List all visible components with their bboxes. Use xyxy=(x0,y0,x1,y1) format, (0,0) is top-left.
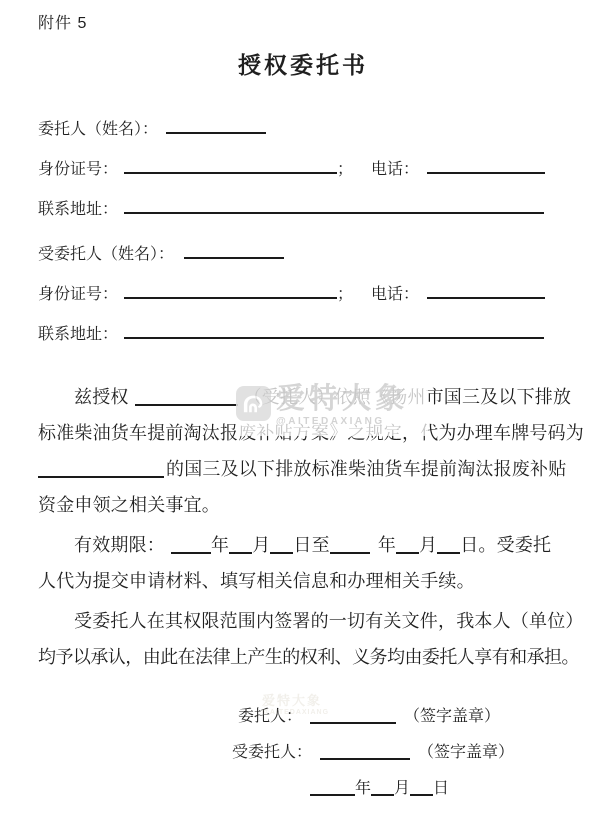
principal-section: 委托人（姓名）： 身份证号：；电话： 联系地址： xyxy=(38,110,568,230)
plate-number-blank xyxy=(38,464,164,478)
seal-note: （签字盖章） xyxy=(404,708,500,725)
date-day-text: 日 xyxy=(433,780,449,797)
separator: ； xyxy=(337,286,353,303)
seal-note: （签字盖章） xyxy=(418,744,514,761)
agent-name-label: 受委托人（姓名）： xyxy=(38,246,174,263)
agent-address-label: 联系地址： xyxy=(38,326,118,343)
agent-id-label: 身份证号： xyxy=(38,286,118,303)
principal-name-label: 委托人（姓名）： xyxy=(38,121,158,138)
date-month-blank xyxy=(371,782,394,796)
agent-name-blank xyxy=(184,245,284,259)
authorization-prefix: 兹授权 xyxy=(74,387,129,407)
principal-address-line: 联系地址： xyxy=(38,190,568,230)
date-year-text: 年 xyxy=(355,780,371,797)
principal-address-blank xyxy=(124,200,544,214)
month-text: 月 xyxy=(252,535,270,555)
year-text: 年 xyxy=(378,535,396,555)
validity-paragraph: 有效期限：年月日至年月日。受委托 人代为提交申请材料、填写相关信息和办理相关手续… xyxy=(38,527,568,599)
agent-signature-label: 受委托人： xyxy=(232,744,312,761)
authorization-line1: （受托人）依照《扬州市国三及以下排放 xyxy=(244,387,572,407)
date-month-text: 月 xyxy=(394,780,410,797)
principal-name-blank xyxy=(166,120,266,134)
signature-block: 委托人：（签字盖章） 受委托人：（签字盖章） 年月日 xyxy=(38,699,568,807)
acknowledgement-line1: 受委托人在其权限范围内签署的一切有关文件，我本人（单位） xyxy=(74,611,584,631)
agent-section: 受委托人（姓名）： 身份证号：；电话： 联系地址： xyxy=(38,235,568,355)
validity-line1-end: 日。受委托 xyxy=(460,535,551,555)
end-year-blank xyxy=(330,540,370,554)
document-page: 附件 5 授权委托书 委托人（姓名）： 身份证号：；电话： 联系地址： 受委托人… xyxy=(0,0,600,825)
acknowledgement-line2: 均予以承认，由此在法律上产生的权利、义务均由委托人享有和承担。 xyxy=(38,647,579,667)
day-to-text: 日至 xyxy=(293,535,329,555)
year-text: 年 xyxy=(211,535,229,555)
agent-name-line: 受委托人（姓名）： xyxy=(38,235,568,275)
principal-id-line: 身份证号：；电话： xyxy=(38,150,568,190)
separator: ； xyxy=(337,161,353,178)
signature-date-row: 年月日 xyxy=(310,771,568,807)
start-year-blank xyxy=(171,540,211,554)
principal-signature-row: 委托人：（签字盖章） xyxy=(238,699,568,735)
agent-name-fill-blank xyxy=(135,392,238,406)
agent-address-line: 联系地址： xyxy=(38,315,568,355)
acknowledgement-paragraph: 受委托人在其权限范围内签署的一切有关文件，我本人（单位） 均予以承认，由此在法律… xyxy=(38,603,568,675)
authorization-paragraph: 兹授权（受托人）依照《扬州市国三及以下排放 标准柴油货车提前淘汰报废补贴方案》之… xyxy=(38,379,568,523)
date-day-blank xyxy=(410,782,433,796)
page-title: 授权委托书 xyxy=(38,47,568,80)
authorization-line4: 资金申领之相关事宜。 xyxy=(38,495,220,515)
agent-address-blank xyxy=(124,325,544,339)
start-day-blank xyxy=(270,540,293,554)
validity-label: 有效期限： xyxy=(74,535,165,555)
principal-id-blank xyxy=(124,160,337,174)
principal-signature-label: 委托人： xyxy=(238,708,302,725)
principal-signature-blank xyxy=(310,710,396,724)
agent-phone-label: 电话： xyxy=(371,286,419,303)
month-text: 月 xyxy=(419,535,437,555)
agent-phone-blank xyxy=(427,285,545,299)
authorization-line2: 标准柴油货车提前淘汰报废补贴方案》之规定，代为办理车牌号码为 xyxy=(38,423,584,443)
document-body: 兹授权（受托人）依照《扬州市国三及以下排放 标准柴油货车提前淘汰报废补贴方案》之… xyxy=(38,379,568,675)
end-day-blank xyxy=(437,540,460,554)
start-month-blank xyxy=(229,540,252,554)
principal-id-label: 身份证号： xyxy=(38,161,118,178)
end-month-blank xyxy=(396,540,419,554)
principal-phone-blank xyxy=(427,160,545,174)
authorization-line3: 的国三及以下排放标准柴油货车提前淘汰报废补贴 xyxy=(166,459,566,479)
attachment-label: 附件 5 xyxy=(38,0,568,33)
agent-signature-blank xyxy=(320,746,410,760)
date-year-blank xyxy=(310,782,355,796)
validity-line2: 人代为提交申请材料、填写相关信息和办理相关手续。 xyxy=(38,571,475,591)
principal-phone-label: 电话： xyxy=(371,161,419,178)
principal-name-line: 委托人（姓名）： xyxy=(38,110,568,150)
agent-id-blank xyxy=(124,285,337,299)
agent-signature-row: 受委托人：（签字盖章） xyxy=(232,735,568,771)
agent-id-line: 身份证号：；电话： xyxy=(38,275,568,315)
principal-address-label: 联系地址： xyxy=(38,201,118,218)
